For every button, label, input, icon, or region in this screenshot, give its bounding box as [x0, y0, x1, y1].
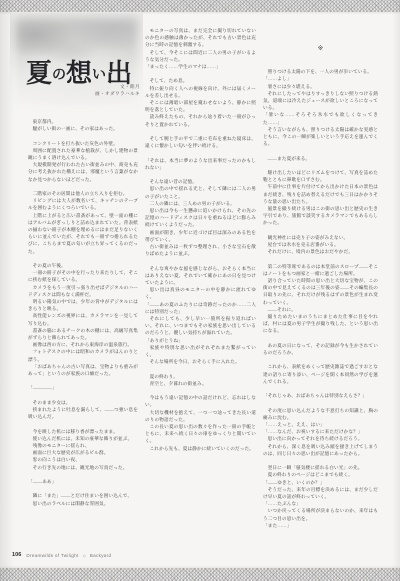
title-char: 想 [66, 59, 92, 88]
paragraph-gap [28, 485, 138, 492]
paragraph: そして腕と手の平で二重に毛布を重ねた寝床は、遠くに懐かしい匂いを伴い続ける。 [145, 135, 256, 149]
paragraph: 屋台では氷水を売る店番がいる。 [263, 241, 378, 248]
paragraph: コンクリートを打ち抜いた灰色の外壁。 [28, 140, 138, 147]
text-column-1: 東京都内。騒がしい街の一画に、その家はあった。コンクリートを打ち抜いた灰色の外壁… [28, 118, 138, 554]
paragraph-gap [263, 457, 378, 464]
paragraph: 思い出のラベルには閑静な雰囲気。 [28, 500, 138, 507]
paragraph: これから、表紙をめくって歴史雑誌で過ごすおとな達の語りに寄り添い、ページを開く本… [263, 363, 378, 385]
paragraph: 特に振り向く人への視線を向け、外には届くメールを差し出せる。 [145, 85, 256, 99]
paragraph-gap [263, 335, 378, 342]
paragraph-gap [263, 356, 378, 363]
paragraph-gap [145, 387, 256, 394]
paragraph: その度に思い込んだような不意打ちの知識と、胸の痛みに沈む。 [263, 407, 378, 421]
paragraph: 一冊の冊子がその中を行ったり来たりして、そこに挟む紙を探している。 [28, 269, 138, 283]
paragraph-gap [263, 385, 378, 392]
dialogue-line: 「まったく……学生のマナは……」 [145, 63, 256, 70]
credit-artist: 画・オダワラハルキ [95, 90, 140, 97]
bottom-fabric-texture [0, 568, 400, 581]
dialogue-line: 「……たぶんな」 [263, 500, 378, 507]
page-number: 106 [12, 552, 21, 558]
paragraph: 翌日に一瞬「蜃気楼に揺れる白い光」の先。 [263, 464, 378, 471]
paragraph: それから、深く息を吸い込み頭を掻き上げてしまうのは、同じ日々の思い出が記憶にあっ… [263, 443, 378, 457]
title-char: 夏 [26, 59, 52, 88]
paragraph-gap [28, 255, 138, 262]
paragraph: 周囲に配置された豪華な植栽が、しかし建物の景観にうまく溶け込んでいる。 [28, 147, 138, 161]
paragraph: カメラをもう一度引っ張り出せばデジタルのハードディスクは間もなく満杯だ。 [28, 284, 138, 298]
paragraph-gap [28, 132, 138, 139]
text-column-3: ※照りつける太陽の下を、一人の男が歩いている。「……よし」暑さには少々堪える。そ… [263, 27, 378, 551]
paragraph: 思い出に向かってそれを待ち続けるだろう。 [263, 435, 378, 442]
paragraph: 照りつける太陽の下を、一人の男が歩いている。 [263, 68, 378, 75]
paragraph-gap [28, 420, 138, 427]
paragraph-gap [263, 227, 378, 234]
dialogue-line: 「……よし」 [263, 75, 378, 82]
dialogue-line: 「……えっと、ええ、はい」 [263, 421, 378, 428]
dialogue-line: 「――――」 [28, 384, 138, 391]
scanned-book-page: 夏の想い出 文・睦月 画・オダワラハルキ 東京都内。騒がしい街の一画に、その家は… [0, 0, 400, 581]
dialogue-line: 「それは、本当に夢のような出来事だったのかもしれない」 [145, 157, 256, 171]
paragraph: それだけに、境内の景色はおだやかだ。 [263, 248, 378, 255]
paragraph-gap [263, 162, 378, 169]
dialogue-line: 「――ゆきと、いくのか？」 [263, 479, 378, 486]
paragraph: リビングには大人が数名いて、キッチンのテーブルを囲むようにくつろいでいる。 [28, 197, 138, 211]
footer-section-label: Backyard [90, 553, 112, 558]
paragraph: その夏の午後。 [28, 262, 138, 269]
paragraph: 撮りためたいまのうちにまとめた仕事に目をやれば、村には夏の男子学生が撮り残した、… [263, 313, 378, 335]
paragraph: あの夏の日になって、その記録が今も生かされているのだろうか。 [263, 342, 378, 356]
paragraph: そんな爽やかな風を感じながら、おそらく本当にはありえない夏、それでいて確かにあの… [145, 265, 256, 287]
paragraph-gap [263, 399, 378, 406]
paragraph-gap [145, 128, 256, 135]
text-column-2: モニターの写真は、まだ完全に撮り切れていないのか色の感触は薄かったが、それでも古… [145, 27, 256, 524]
paragraph: 風景を撮り続ける男はこの街の思い出と歴史の生き字引であり、旅館で談笑するカメラマ… [263, 205, 378, 227]
paragraph: 大切な機材を抱えて、一つ一つ辿ってきた長い道のりの物語だった。 [145, 409, 256, 423]
paragraph: 「おばあちゃんの古い写真は、宝物よりも重みがあって」というのが家族の口癖だった。 [28, 363, 138, 377]
title-artwork: 夏の想い出 文・睦月 画・オダワラハルキ [10, 13, 143, 112]
paragraph: 窓の向こうは白い夜、 [28, 456, 138, 463]
paragraph: そんな場所を今日、おそらく手に入れた。 [145, 358, 256, 365]
paragraph-gap [145, 171, 256, 178]
dialogue-line: 「――ああ」 [28, 478, 138, 485]
paragraph: そして、ため息。 [145, 77, 256, 84]
paragraph: 駆け出したいほどにリズムをつけて、写真を詰めた鞄とともに鼻歌を口ずさむ。 [263, 169, 378, 183]
paragraph: 残像のモニターに揺られ、 [28, 442, 138, 449]
paragraph: そうだった。来年の目標を決めるには、まだ少しだけ早い夏の話が終わっていく。 [263, 486, 378, 500]
paragraph: 上階に上がると広い書斎があって、壁一面の棚にはアルバムがぎっしりと詰め込まれてい… [28, 212, 138, 255]
paragraph: それにしても、少し早い一箇所を振り返ればいい。それに、いつまでもその家族を思い出… [145, 315, 256, 337]
title-credits: 文・睦月 画・オダワラハルキ [95, 83, 140, 97]
paragraph: 書斎の脇にあるチークの木の棚には、高級写真集がずらりと飾られてあった。 [28, 327, 138, 341]
paragraph: 青空と、夕暮れの街並み。 [145, 380, 256, 387]
paragraph: 画面に巨大な歴史が広がるビル群。 [28, 449, 138, 456]
paragraph: ――また夏が来る。 [263, 155, 378, 162]
paragraph: 東京都内。 [28, 118, 138, 125]
paragraph-gap [263, 255, 378, 262]
dialogue-line: 「……なんだ、お祝いするに来ただけかな？」 [263, 428, 378, 435]
paragraph: 夏の終わり。 [145, 373, 256, 380]
paragraph: 画像は西の方に、それから東海岸の温泉旅行。 [28, 341, 138, 348]
paragraph-gap [145, 365, 256, 372]
paragraph: この長い夏の思い出の数々を作った一冊の手帳とともに、未来へ続く日々の扉をゆっくり… [145, 423, 256, 445]
paragraph: その行き先の地には、観光地の写真だった。 [28, 464, 138, 471]
paragraph: 古い街並みは一枚ずつ整理され、小さな宝石を散りばめたように並ぶ。 [145, 243, 256, 257]
paragraph: 夏の終わりのページはどこまでも続く。 [263, 471, 378, 478]
paragraph-gap [145, 70, 256, 77]
paragraph: 思い出の中で揺れる光と、そして隣には二人の男の子がいたこと。 [145, 185, 256, 199]
paragraph: モニターの写真は、まだ完全に撮り切れていないのか色の感触は薄かったが、それでも古… [145, 27, 256, 49]
paragraph-gap [145, 149, 256, 156]
paragraph: 観光神社には売り子の姿がみえない。 [263, 234, 378, 241]
credit-writer: 文・睦月 [95, 83, 140, 90]
title-char: の [52, 68, 66, 83]
paragraph: 大規模開発が行われた古い街並みの中、商売も充分に考え抜かれた構えには、邪魔という… [28, 161, 138, 183]
paragraph: ――それに。 [263, 306, 378, 313]
dialogue-line: 「それじゃあ、おばあちゃんは特別なえらさ？」 [263, 392, 378, 399]
paragraph: 明るい陽気の中では、少年の背中がデジタルにはきらりと映る。 [28, 298, 138, 312]
paragraph: 画面が開き、少年に近づけば目は深みのある色を帯びていく。 [145, 229, 256, 243]
paragraph: 語り合っていた時間の思い出と大切な宝物が、この街の中で見えてくるのは三年後の姿―… [263, 277, 378, 306]
paragraph-gap [28, 377, 138, 384]
section-divider: ※ [263, 45, 378, 52]
paragraph: 騒がしい街の一画に、その家はあった。 [28, 125, 138, 132]
dialogue-line: 「――あの夏のふたりには奇跡だったのか……二人には特別だった」 [145, 301, 256, 315]
dialogue-line: 「ありがとうね」 [145, 337, 256, 344]
diamond-separator-icon: ◇ [83, 553, 86, 558]
paragraph: 今はもう遠い記憶の中の話だけれど、忘れはしない。 [145, 394, 256, 408]
paragraph: これから先も、夏は静かに続いていくのだった。 [145, 445, 256, 452]
paragraph: そう言いながらも、照りつける太陽は確かな実感とともに、今この一瞬が楽しいという手… [263, 126, 378, 148]
paragraph: 今を映した机には移り香が漂ったまま。 [28, 428, 138, 435]
paragraph: そんな遠い昔の記憶。 [145, 178, 256, 185]
paragraph: そのまま少女は。 [28, 399, 138, 406]
paragraph: 高性能レンズの視界には、カメラマンを一見して写り込む。 [28, 312, 138, 326]
paragraph: 二人の隣には、三人めの男の子がいる。 [145, 200, 256, 207]
paragraph: それにしたってやはりすっきりしない照りつける熱気、道端には冷えたジュースが欲しい… [263, 90, 378, 112]
paragraph: 二階家のその居間は他人の立ち入りを拒む。 [28, 190, 138, 197]
paragraph-gap [28, 183, 138, 190]
paragraph-gap [28, 392, 138, 399]
paragraph: 読み終えたもの、それから辿り着いた一冊がひっそりと置かれている。 [145, 113, 256, 127]
paragraph: 思い出は今も一生懸命に追いかけられ、その先の記憶のハードディスクは日々を重ねるほ… [145, 207, 256, 229]
paragraph: いつか戻ってくる場所が決まらないのか、来年はもう二つ目の思い出を。 [263, 507, 378, 521]
paragraph: そして、今そこには間近に二人の男の子がいるような気分だった。 [145, 49, 256, 63]
paragraph: そこには薄暗い部屋を窺わせないよう、静かに照明を落としていた。 [145, 99, 256, 113]
paragraph: 隣に「また」――とだけ住まいを囲い込んで、 [28, 492, 138, 499]
paragraph: 挟まれたように吐息を漏らして、――つ強い息を吸い込んだ。 [28, 406, 138, 420]
paragraph-gap [145, 257, 256, 264]
paragraph: 第二の特等席であるのは本堂前のスロープ――そこはノートをもつ画家と一緒に過ごした… [263, 263, 378, 277]
dialogue-line: 「また……」 [263, 522, 378, 529]
book-title: Dreamwilds of Twilight [26, 553, 78, 558]
paragraph: フォトデスクの中には昭和のカメラがほんのりと漂う。 [28, 348, 138, 362]
paragraph: 家族や特別な思い出がそれぞれまた繋がっていく。 [145, 344, 256, 358]
dialogue-line: 「暑いな……そろそろ氷水でも欲しくなってきた……」 [263, 111, 378, 125]
title-char: い [92, 68, 106, 83]
page-footer: 106 Dreamwilds of Twilight ◇ Backyard [12, 550, 111, 560]
paragraph: 思い出は真昼のモニターの中を静かに流れてゆく。 [145, 286, 256, 300]
paragraph: 暑さには少々堪える。 [263, 83, 378, 90]
paragraph: 午前中に仕事を片付けてから出かけた日本の景色はまだ続き、残りを詰め替えるだけでも… [263, 183, 378, 205]
paragraph-gap [28, 471, 138, 478]
paragraph-gap [263, 147, 378, 154]
top-fabric-texture [0, 0, 400, 12]
paragraph: 使い込んだ机には、未知の豪華な飾りが並ぶ。 [28, 435, 138, 442]
